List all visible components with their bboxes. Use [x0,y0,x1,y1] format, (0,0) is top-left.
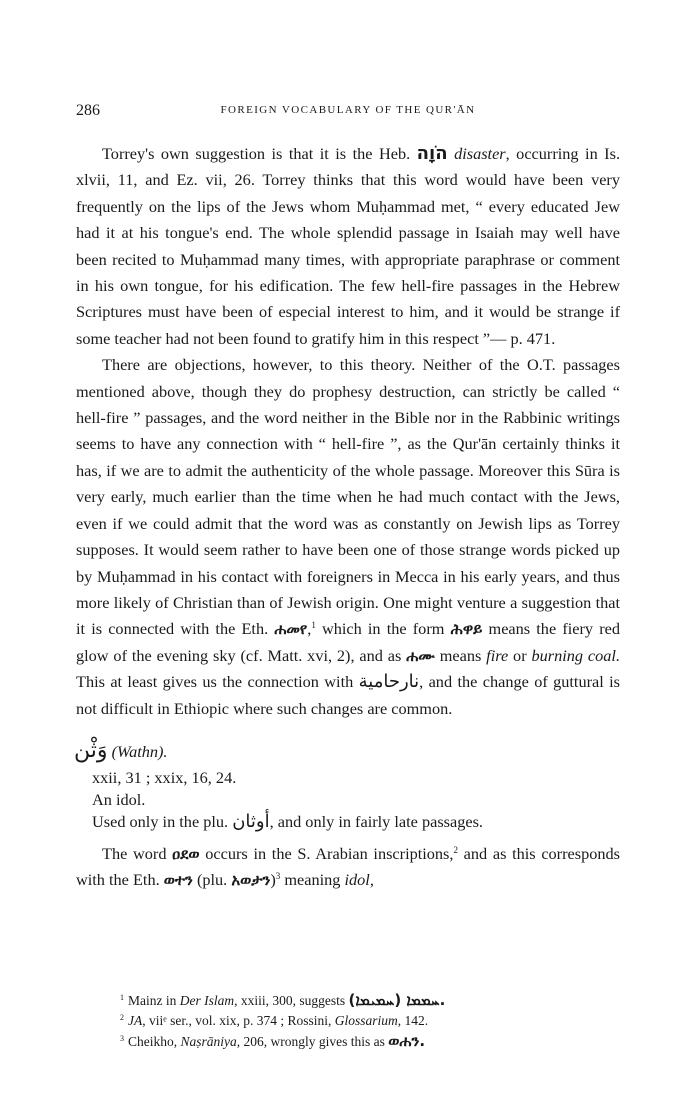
ethiopic-word: ሐመየ [274,620,307,638]
text: means [435,646,486,665]
paragraph-torrey: Torrey's own suggestion is that it is th… [76,141,620,352]
text: Torrey's own suggestion is that it is th… [102,144,417,163]
paragraph-south-arabian: The word ዐደወ occurs in the S. Arabian in… [76,841,620,894]
arabic-phrase: نارحامية [359,671,420,692]
ethiopic-word: አወታን [231,871,270,889]
text: (plu. [193,870,231,889]
entry-references: xxii, 31 ; xxix, 16, 24. [92,767,620,789]
text: or [508,646,531,665]
italic-term: burning coal. [531,646,620,665]
headword-arabic: وَثْن [74,738,108,763]
footnote-number: 2 [120,1013,124,1022]
italic-title: Der Islam [180,993,234,1008]
footnote-3: 3Cheikho, Naṣrāniya, 206, wrongly gives … [120,1031,600,1052]
text: Mainz in [128,993,180,1008]
headword-transliteration: (Wathn). [112,742,168,761]
text: , 206, wrongly gives this as [237,1034,389,1049]
running-head: 286 Foreign Vocabulary of the Qur'ān [76,102,620,122]
text: which in the form [316,619,451,638]
ethiopic-word: ሕዋይ [451,620,483,638]
lexicon-entry-wathn: وَثْن (Wathn). xxii, 31 ; xxix, 16, 24. … [76,736,620,833]
ethiopic-word: ወተን [164,871,193,889]
text: meaning [280,870,344,889]
text: , and only in fairly late passages. [270,812,483,831]
entry-meaning: An idol. [92,789,620,811]
hebrew-word: הֹוָה [417,143,448,164]
entry-usage: Used only in the plu. أوثان, and only in… [92,811,620,833]
south-arabian-word: ዐደወ [172,845,199,863]
footnote-2: 2JA, viiᵉ ser., vol. xix, p. 374 ; Rossi… [120,1011,600,1031]
italic-term: fire [486,646,508,665]
text: The word [102,844,172,863]
entry-headword: وَثْن (Wathn). [74,736,620,767]
text: This at least gives us the connection wi… [76,672,359,691]
text: , 142. [398,1013,428,1028]
footnote-number: 1 [120,993,124,1002]
italic-title: JA [128,1013,142,1028]
ethiopic-word: ወሐን. [388,1032,425,1050]
text: Cheikho, [128,1034,181,1049]
running-title: Foreign Vocabulary of the Qur'ān [76,104,620,116]
arabic-plural: أوثان [232,811,269,832]
book-page: 286 Foreign Vocabulary of the Qur'ān Tor… [0,0,685,1102]
paragraph-objections: There are objections, however, to this t… [76,352,620,722]
italic-title: Naṣrāniya [181,1034,237,1049]
italic-term: disaster [454,144,506,163]
text: There are objections, however, to this t… [76,355,620,638]
italic-term: idol, [345,870,374,889]
italic-title: Glossarium [335,1013,398,1028]
text: , viiᵉ ser., vol. xix, p. 374 ; Rossini, [142,1013,334,1028]
page-body: Torrey's own suggestion is that it is th… [76,141,620,894]
text: occurs in the S. Arabian inscriptions, [200,844,454,863]
text: Used only in the plu. [92,812,232,831]
syriac-word: (ܚܡܝܡܐ) ܚܡܡܐ. [349,991,446,1009]
footnote-1: 1Mainz in Der Islam, xxiii, 300, suggest… [120,990,600,1011]
text: , occurring in Is. xlvii, 11, and Ez. vi… [76,144,620,348]
footnote-number: 3 [120,1034,124,1043]
footnotes: 1Mainz in Der Islam, xxiii, 300, suggest… [120,990,600,1052]
text: , xxiii, 300, suggests [234,993,348,1008]
ethiopic-word: ሐሙ [406,647,435,665]
